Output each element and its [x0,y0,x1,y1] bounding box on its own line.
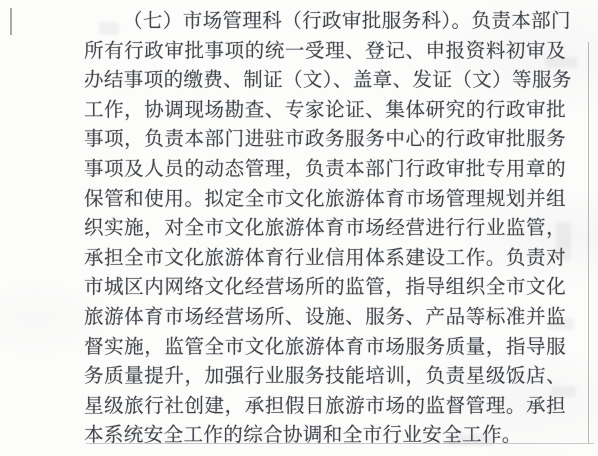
paragraph-line: 市城区内网络文化经营场所的监管，指导组织全市文化 [84,273,566,303]
paragraph-line: 务质量提升，加强行业服务技能培训，负责星级饭店、 [84,362,566,392]
paragraph-line: 旅游体育市场经营场所、设施、服务、产品等标准并监 [84,303,566,333]
paragraph-line: （七）市场管理科（行政审批服务科）。负责本部门 [84,7,566,37]
paragraph-line: 办结事项的缴费、制证（文）、盖章、发证（文）等服务 [84,66,566,96]
scanned-document-page: （七）市场管理科（行政审批服务科）。负责本部门 所有行政审批事项的统一受理、登记… [0,0,598,456]
paragraph-line: 织实施，对全市文化旅游体育市场经营进行行业监管， [84,214,566,244]
document-paragraph: （七）市场管理科（行政审批服务科）。负责本部门 所有行政审批事项的统一受理、登记… [84,7,566,451]
paragraph-line: 本系统安全工作的综合协调和全市行业安全工作。 [84,421,566,451]
scan-artifact-left-tick [10,8,12,35]
scan-artifact-right-edge-line [588,42,589,443]
paragraph-line: 事项，负责本部门进驻市政务服务中心的行政审批服务 [84,125,566,155]
paragraph-line: 所有行政审批事项的统一受理、登记、申报资料初审及 [84,37,566,67]
paragraph-line: 承担全市文化旅游体育行业信用体系建设工作。负责对 [84,244,566,274]
paragraph-line: 保管和使用。拟定全市文化旅游体育市场管理规划并组 [84,185,566,215]
paragraph-line: 星级旅行社创建，承担假日旅游市场的监督管理。承担 [84,392,566,422]
paragraph-line: 事项及人员的动态管理，负责本部门行政审批专用章的 [84,155,566,185]
paragraph-line: 督实施，监管全市文化旅游体育市场服务质量，指导服 [84,333,566,363]
paragraph-line: 工作，协调现场勘查、专家论证、集体研究的行政审批 [84,96,566,126]
